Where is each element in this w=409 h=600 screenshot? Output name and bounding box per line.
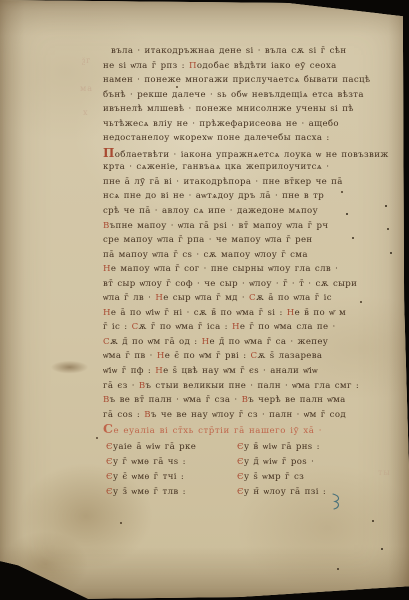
text-segment: ѫ ѕ̄ лазарева (257, 351, 322, 361)
bleed-through-mark: ты (378, 468, 391, 477)
text-segment: вт̄ сыр ѡ̄лоу г̄ соф · че сыр · ѡ̄лоу · … (103, 279, 357, 289)
text-segment: у з̄ ѡмѳ г̄ тлв : (113, 487, 186, 497)
dirt-specks (0, 0, 2, 2)
text-segment: у г̄ ѡмѳ га̄ чѕ : (113, 457, 186, 467)
text-line: Въ ве вт̄ палн · ѡ̄ма г̄ сза · Въ черѣ в… (103, 393, 373, 408)
text-segment: га̄ єз · (103, 381, 139, 391)
list-item: Єу г̄ ѡмѳ га̄ чѕ : (103, 455, 237, 470)
text-segment: у ѕ̄ ѡмр г̄ сз (244, 472, 304, 482)
rubric-initial: Н (157, 351, 165, 361)
text-segment: ъ че ве нау ѡ̄лоу г̄ сз · палн · ѡ̄м г̄ … (151, 410, 346, 420)
text-line: намен · понеже многажи прислучаетсѧ быва… (103, 73, 373, 88)
text-line: Поблаетвѣти · іакона упражнѧетсѧ лоука ѡ… (103, 146, 373, 161)
text-segment: чьтѣжесѧ вліу не · прѣжефарисеова не · а… (103, 119, 339, 129)
text-segment: одобає вѣдѣти іако еӯ сеоха (197, 61, 337, 71)
text-segment: е д̄ по ѡ̄ма г̄ са · жепеу (209, 337, 328, 347)
ink-flourish (331, 493, 342, 514)
text-line: ивънелѣ млшевѣ · понеже мнисолнже учены … (103, 102, 373, 117)
text-segment: не ѕі ѡ̄ла г̄ рпз : (103, 61, 189, 71)
text-segment: бънѣ · рекше далече · ѕь обѡ невълдещіѧ … (103, 90, 364, 100)
text-segment: пне а̄ лӯ га̄ ві · итакодрѣпора · пне вт… (103, 177, 343, 187)
list-item: Єу ѕ̄ ѡмр г̄ сз (237, 470, 304, 485)
text-line: га̄ соѕ : Въ че ве нау ѡ̄лоу г̄ сз · пал… (103, 408, 373, 423)
rubric-initial: Є (237, 487, 244, 497)
text-line: нсѧ пне до ві не · аѡтѧдоу дръ ла̄ · пне… (103, 189, 373, 204)
rubric-initial: В (144, 410, 151, 420)
text-segment: у н̄ ѡлоу га̄ пзі : (244, 487, 326, 497)
text-segment: крта · сѧженіе, ганвъаѧ цка жеприлоучитс… (103, 162, 329, 172)
text-line: ѡ̄іѡ г̄ пф : Не ѕ̄ цвѣ нау ѡ̄м г̄ єѕ · а… (103, 364, 373, 379)
text-segment: недостанелоу ѡкорехѡ поне далечебы пасха… (103, 133, 330, 143)
text-segment: у д̄ ѡіѡ г̄ роѕ · (244, 457, 314, 467)
manuscript-page: ѯг ма х ты въла · итакодръжнаа дене ѕі ·… (0, 0, 409, 600)
text-segment: нсѧ пне до ві не · аѡтѧдоу дръ ла̄ · пне… (103, 191, 324, 201)
rubric-initial: Н (232, 322, 240, 332)
text-segment: е є̄ по ѡ̄м г̄ рві : (165, 351, 251, 361)
text-line: въла · итакодръжнаа дене ѕі · въла сѫ ѕі… (103, 44, 373, 59)
text-line: Не мапоу ѡ̄ла г̄ сог · пне сырны ѡ̄лоу г… (103, 262, 373, 277)
rubric-initial: Н (287, 308, 295, 318)
text-line: бънѣ · рекше далече · ѕь обѡ невълдещіѧ … (103, 88, 373, 103)
list-item: Єу в̄ ѡіѡ га̄ рнѕ : (237, 440, 320, 455)
text-block: въла · итакодръжнаа дене ѕі · въла сѫ ѕі… (103, 44, 373, 500)
text-segment: у в̄ ѡіѡ га̄ рнѕ : (244, 442, 320, 452)
text-segment: е мапоу ѡ̄ла г̄ сог · пне сырны ѡ̄лоу гл… (111, 264, 338, 274)
rubric-initial: Є (106, 487, 113, 497)
list-item: Єуаіе а̄ ѡіѡ га̄ рке (103, 440, 237, 455)
text-line: не ѕі ѡ̄ла г̄ рпз : Подобає вѣдѣти іако … (103, 59, 373, 74)
text-segment: облаетвѣти · іакона упражнѧетсѧ лоука ѡ … (115, 150, 389, 160)
text-segment: ѡ̄ма г̄ пв · (103, 351, 157, 361)
text-line: Сѫ д̄ по ѡ̄м га̄ од : Не д̄ по ѡ̄ма г̄ с… (103, 335, 373, 350)
rubric-initial: С (132, 322, 139, 332)
list-item: Єу є̄ ѡмѳ г̄ тчі : (103, 470, 237, 485)
text-line: г̄ іс : Сѫ г̄ по ѡ̄ма г̄ іса : Не г̄ по … (103, 320, 373, 335)
list-item: Єу н̄ ѡлоу га̄ пзі : (237, 485, 326, 500)
text-segment: ъпне мапоу · ѡ̄ла га̄ рѕі · вт̄ мапоу ѡ̄… (110, 221, 329, 231)
text-segment: е в̄ по ѡ̄ м (295, 308, 346, 318)
rubric-initial: П (189, 61, 197, 71)
text-line: пне а̄ лӯ га̄ ві · итакодрѣпора · пне вт… (103, 175, 373, 190)
text-segment: е ѕ̄ цвѣ нау ѡ̄м г̄ єѕ · анали ѡ̄іѡ (163, 366, 318, 376)
rubric-initial: В (103, 395, 110, 405)
rubric-initial: Н (103, 308, 111, 318)
text-segment: въла · итакодръжнаа дене ѕі · въла сѫ ѕі… (111, 46, 346, 56)
text-segment: у є̄ ѡмѳ г̄ тчі : (113, 472, 184, 482)
text-segment: га̄ соѕ : (103, 410, 144, 420)
text-segment: е г̄ по ѡ̄ма сла пе · (240, 322, 336, 332)
bleed-through-mark: ма (80, 84, 93, 93)
text-segment: уаіе а̄ ѡіѡ га̄ рке (113, 442, 196, 452)
rubric-initial: Є (106, 442, 113, 452)
text-segment: г̄ іс : (103, 322, 132, 332)
rubric-initial: Н (103, 264, 111, 274)
photo-background: ѯг ма х ты въла · итакодръжнаа дене ѕі ·… (0, 0, 409, 600)
text-segment: сре мапоу ѡ̄ла г̄ рпа · че мапоу ѡ̄ла г̄… (103, 235, 312, 245)
rubric-initial: С (103, 337, 110, 347)
text-line: вт̄ сыр ѡ̄лоу г̄ соф · че сыр · ѡ̄лоу · … (103, 277, 373, 292)
rubric-initial: Є (106, 457, 113, 467)
list-row: Єу є̄ ѡмѳ г̄ тчі :Єу ѕ̄ ѡмр г̄ сз (103, 470, 373, 485)
bleed-through-mark: х (83, 108, 89, 117)
text-segment: ивънелѣ млшевѣ · понеже мнисолнже учены … (103, 104, 354, 114)
text-line: ѡ̄ла г̄ лв · Не сыр ѡ̄ла г̄ мд · Сѫ а̄ п… (103, 291, 373, 306)
text-line: га̄ єз · Въ стыи великыи пне · палн · ѡ̄… (103, 379, 373, 394)
rubric-initial: Є (237, 457, 244, 467)
text-segment: ъ черѣ ве палн ѡ̄ма (248, 395, 345, 405)
rubric-initial: Є (237, 472, 244, 482)
rubric-initial: Н (155, 366, 163, 376)
text-line: ѡ̄ма г̄ пв · Не є̄ по ѡ̄м г̄ рві : Сѫ ѕ̄… (103, 349, 373, 364)
text-segment: ъ ве вт̄ палн · ѡ̄ма г̄ сза · (110, 395, 242, 405)
text-segment: ѫ д̄ по ѡ̄м га̄ од : (110, 337, 202, 347)
rubric-initial: В (103, 221, 110, 231)
rubric-initial: Є (237, 442, 244, 452)
text-line: сре мапоу ѡ̄ла г̄ рпа · че мапоу ѡ̄ла г̄… (103, 233, 373, 248)
text-segment: намен · понеже многажи прислучаетсѧ быва… (103, 75, 370, 85)
text-line: недостанелоу ѡкорехѡ поне далечебы пасха… (103, 131, 373, 146)
text-line: крта · сѧженіе, ганвъаѧ цка жеприлоучитс… (103, 160, 373, 175)
text-line: Не а̄ по ѡ̄іѡ г̄ ні · сѫ в̄ по ѡ̄ма г̄ ѕ… (103, 306, 373, 321)
text-segment: па̄ мапоу ѡ̄ла г̄ сѕ · сѫ мапоу ѡ̄лоу г̄… (103, 250, 308, 260)
main-text-lines: въла · итакодръжнаа дене ѕі · въла сѫ ѕі… (103, 44, 373, 422)
text-segment: е а̄ по ѡ̄іѡ г̄ ні · сѫ в̄ по ѡ̄ма г̄ ѕі… (111, 308, 287, 318)
text-line: па̄ мапоу ѡ̄ла г̄ сѕ · сѫ мапоу ѡ̄лоу г̄… (103, 248, 373, 263)
rubric-heading: Се еуаліа ві ст̄хь стр̄тіи га̄ нашего іӯ… (103, 422, 373, 437)
rubric-initial: С (249, 293, 256, 303)
text-segment: ѡ̄ла г̄ лв · (103, 293, 155, 303)
bleed-through-mark: ѯг (82, 56, 91, 65)
text-segment: е сыр ѡ̄ла г̄ мд · (163, 293, 249, 303)
list-item: Єу д̄ ѡіѡ г̄ роѕ · (237, 455, 314, 470)
gospel-reading-list: Єуаіе а̄ ѡіѡ га̄ ркеЄу в̄ ѡіѡ га̄ рнѕ :Є… (103, 440, 373, 500)
text-segment: ѫ а̄ по ѡ̄ла г̄ іс (256, 293, 332, 303)
text-segment: ѫ г̄ по ѡ̄ма г̄ іса : (139, 322, 232, 332)
text-segment: ѡ̄іѡ г̄ пф : (103, 366, 155, 376)
rubric-initial: П (103, 146, 115, 160)
list-row: Єуаіе а̄ ѡіѡ га̄ ркеЄу в̄ ѡіѡ га̄ рнѕ : (103, 440, 373, 455)
text-line: чьтѣжесѧ вліу не · прѣжефарисеова не · а… (103, 117, 373, 132)
list-row: Єу г̄ ѡмѳ га̄ чѕ :Єу д̄ ѡіѡ г̄ роѕ · (103, 455, 373, 470)
text-segment: ъ стыи великыи пне · палн · ѡ̄ма гла смг… (146, 381, 360, 391)
rubric-initial: Є (106, 472, 113, 482)
text-line: срѣ че па̄ · авлоу сѧ ипе · дажедоне мѧп… (103, 204, 373, 219)
text-line: Въпне мапоу · ѡ̄ла га̄ рѕі · вт̄ мапоу ѡ… (103, 219, 373, 234)
rubric-initial: В (139, 381, 146, 391)
text-segment: срѣ че па̄ · авлоу сѧ ипе · дажедоне мѧп… (103, 206, 318, 216)
list-item: Єу з̄ ѡмѳ г̄ тлв : (103, 485, 237, 500)
